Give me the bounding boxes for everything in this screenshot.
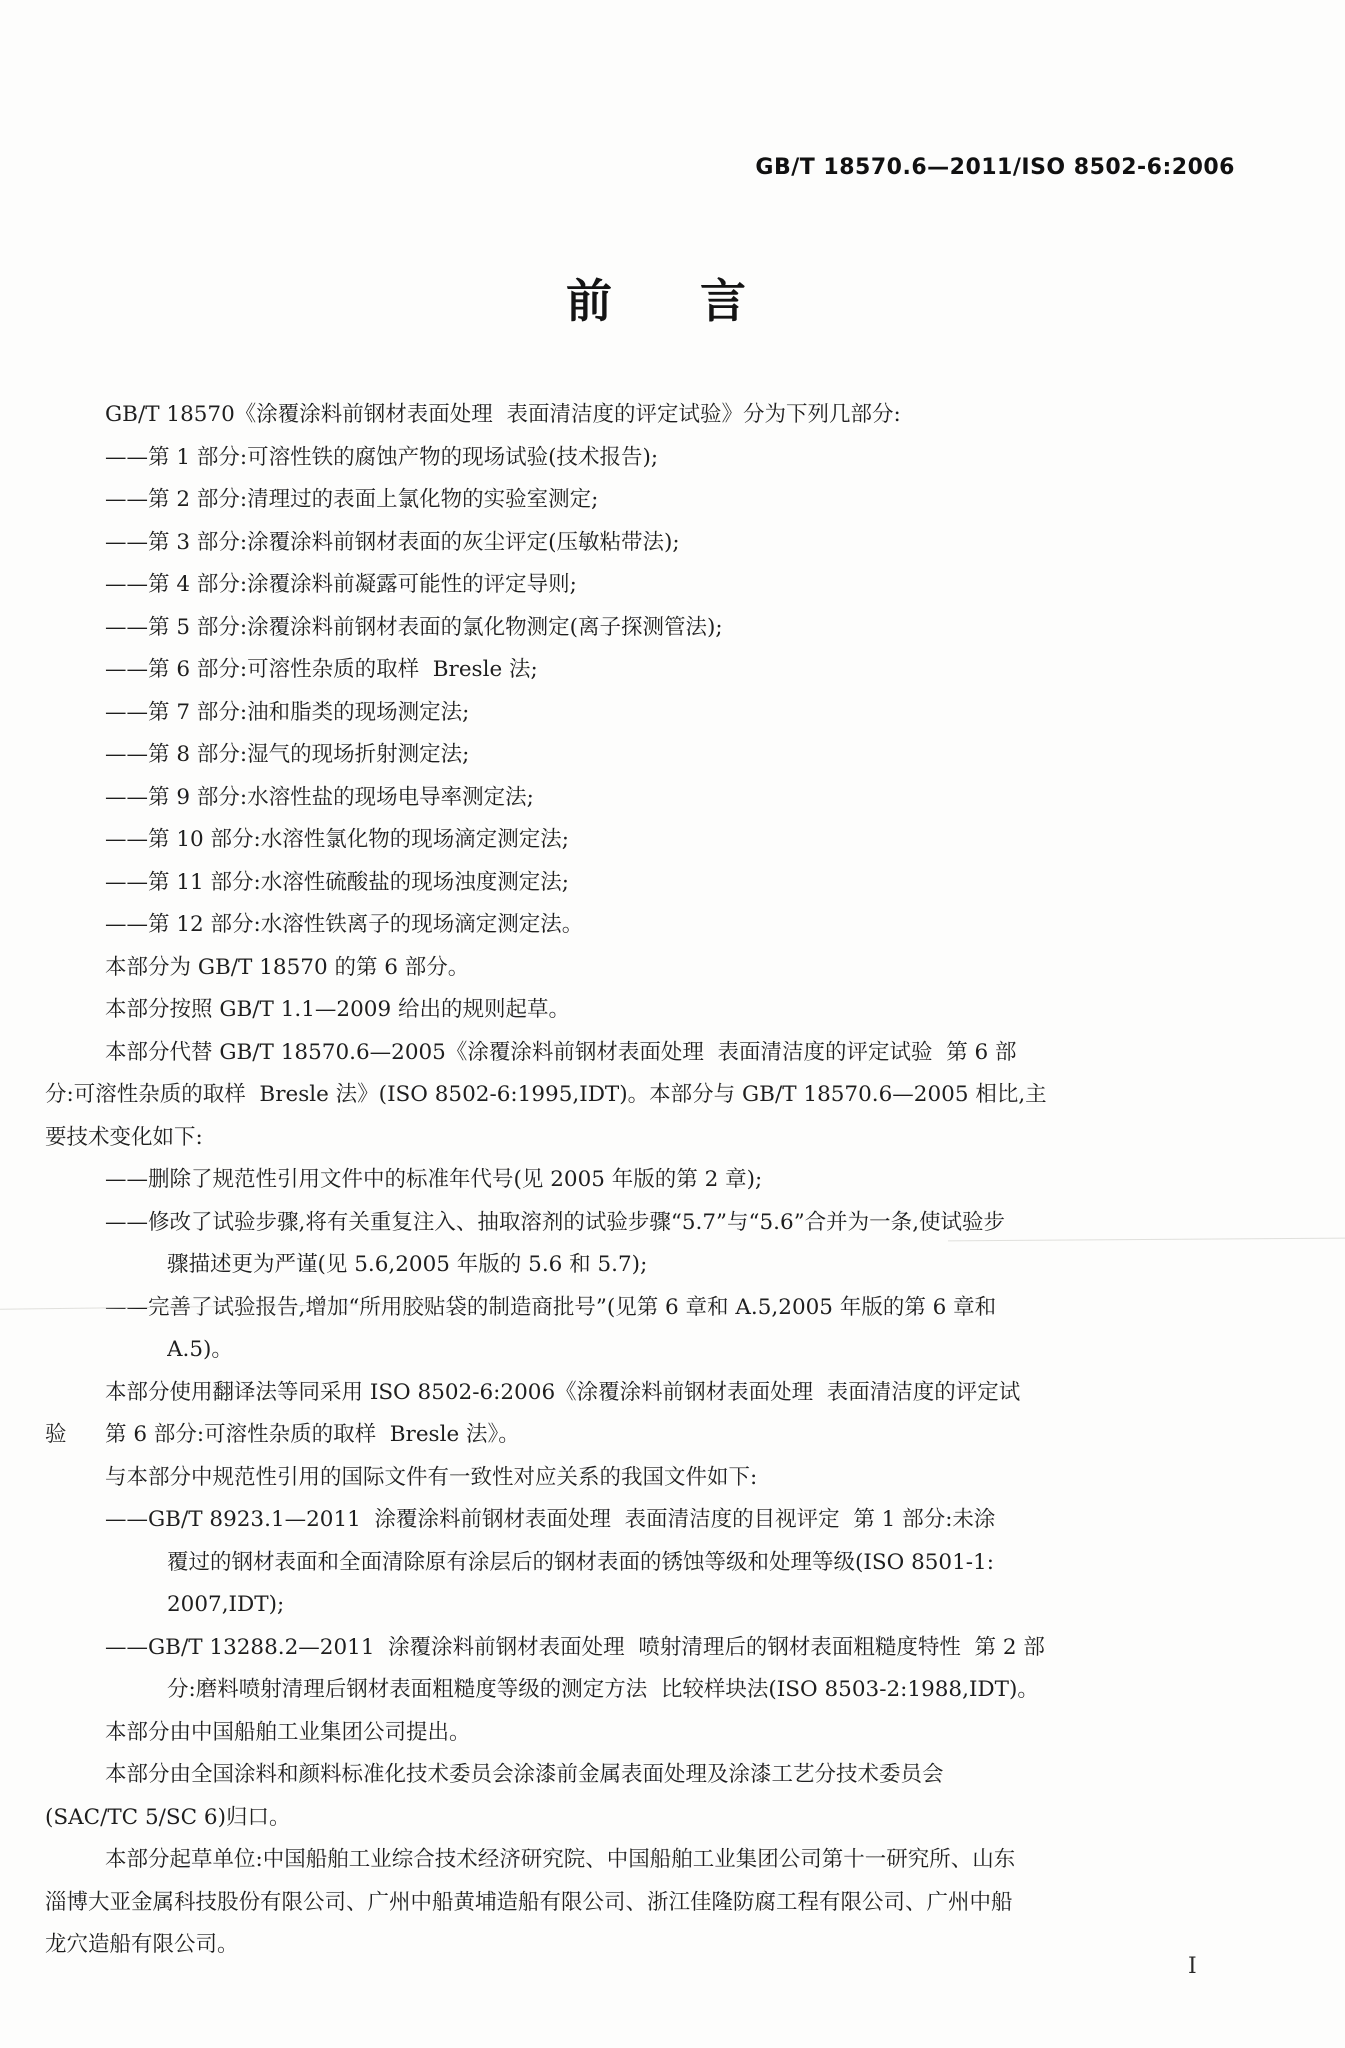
title-char-qian: 前 xyxy=(566,274,612,328)
text-line: 验第 6 部分:可溶性杂质的取样 Bresle 法》。 xyxy=(45,1414,1293,1457)
text-line: ——GB/T 8923.1—2011 涂覆涂料前钢材表面处理 表面清洁度的目视评… xyxy=(105,1499,1293,1542)
text-line: ——第 11 部分:水溶性硫酸盐的现场浊度测定法; xyxy=(105,862,1293,905)
text-line: 本部分由全国涂料和颜料标准化技术委员会涂漆前金属表面处理及涂漆工艺分技术委员会 xyxy=(105,1754,1293,1797)
text-line: 2007,IDT); xyxy=(167,1584,1293,1627)
title-char-yan: 言 xyxy=(700,274,746,328)
text-line: ——第 7 部分:油和脂类的现场测定法; xyxy=(105,692,1293,735)
text-line: 本部分起草单位:中国船舶工业综合技术经济研究院、中国船舶工业集团公司第十一研究所… xyxy=(105,1839,1293,1882)
text-line: 本部分使用翻译法等同采用 ISO 8502-6:2006《涂覆涂料前钢材表面处理… xyxy=(105,1372,1293,1415)
text-line: 本部分代替 GB/T 18570.6—2005《涂覆涂料前钢材表面处理 表面清洁… xyxy=(105,1032,1293,1075)
text-line: ——第 5 部分:涂覆涂料前钢材表面的氯化物测定(离子探测管法); xyxy=(105,607,1293,650)
text-line: ——完善了试验报告,增加“所用胶贴袋的制造商批号”(见第 6 章和 A.5,20… xyxy=(105,1287,1293,1330)
text-line: ——删除了规范性引用文件中的标准年代号(见 2005 年版的第 2 章); xyxy=(105,1159,1293,1202)
page-number: I xyxy=(1188,1946,1197,1988)
document-page: GB/T 18570.6—2011/ISO 8502-6:2006 前言 GB/… xyxy=(0,0,1345,2048)
text-line: 龙穴造船有限公司。 xyxy=(45,1924,1293,1967)
text-line: 要技术变化如下: xyxy=(45,1117,1293,1160)
text-line: ——第 4 部分:涂覆涂料前凝露可能性的评定导则; xyxy=(105,564,1293,607)
page-title: 前言 xyxy=(566,276,746,327)
text-line: (SAC/TC 5/SC 6)归口。 xyxy=(45,1797,1293,1840)
text-line: 分:可溶性杂质的取样 Bresle 法》(ISO 8502-6:1995,IDT… xyxy=(45,1074,1293,1117)
text-line: ——GB/T 13288.2—2011 涂覆涂料前钢材表面处理 喷射清理后的钢材… xyxy=(105,1627,1293,1670)
text-line: ——第 2 部分:清理过的表面上氯化物的实验室测定; xyxy=(105,479,1293,522)
text-line: GB/T 18570《涂覆涂料前钢材表面处理 表面清洁度的评定试验》分为下列几部… xyxy=(105,394,1293,437)
text-line: ——第 6 部分:可溶性杂质的取样 Bresle 法; xyxy=(105,649,1293,692)
text-line: 与本部分中规范性引用的国际文件有一致性对应关系的我国文件如下: xyxy=(105,1457,1293,1500)
text-line: ——第 8 部分:湿气的现场折射测定法; xyxy=(105,734,1293,777)
text-line: ——第 9 部分:水溶性盐的现场电导率测定法; xyxy=(105,777,1293,820)
text-line: 淄博大亚金属科技股份有限公司、广州中船黄埔造船有限公司、浙江佳隆防腐工程有限公司… xyxy=(45,1882,1293,1925)
text-line: A.5)。 xyxy=(167,1329,1293,1372)
text-line: 分:磨料喷射清理后钢材表面粗糙度等级的测定方法 比较样块法(ISO 8503-2… xyxy=(167,1669,1293,1712)
text-line: 本部分为 GB/T 18570 的第 6 部分。 xyxy=(105,947,1293,990)
standard-number-header: GB/T 18570.6—2011/ISO 8502-6:2006 xyxy=(755,155,1235,180)
text-line: ——第 1 部分:可溶性铁的腐蚀产物的现场试验(技术报告); xyxy=(105,437,1293,480)
text-line: ——修改了试验步骤,将有关重复注入、抽取溶剂的试验步骤“5.7”与“5.6”合并… xyxy=(105,1202,1293,1245)
text-line: ——第 3 部分:涂覆涂料前钢材表面的灰尘评定(压敏粘带法); xyxy=(105,522,1293,565)
text-line: 骤描述更为严谨(见 5.6,2005 年版的 5.6 和 5.7); xyxy=(167,1244,1293,1287)
text-line: ——第 10 部分:水溶性氯化物的现场滴定测定法; xyxy=(105,819,1293,862)
text-line: ——第 12 部分:水溶性铁离子的现场滴定测定法。 xyxy=(105,904,1293,947)
text-line: 本部分由中国船舶工业集团公司提出。 xyxy=(105,1712,1293,1755)
body-lines: GB/T 18570《涂覆涂料前钢材表面处理 表面清洁度的评定试验》分为下列几部… xyxy=(45,394,1293,1967)
hanging-char: 验 xyxy=(45,1414,105,1457)
text-line: 本部分按照 GB/T 1.1—2009 给出的规则起草。 xyxy=(105,989,1293,1032)
text-line: 覆过的钢材表面和全面清除原有涂层后的钢材表面的锈蚀等级和处理等级(ISO 850… xyxy=(167,1542,1293,1585)
